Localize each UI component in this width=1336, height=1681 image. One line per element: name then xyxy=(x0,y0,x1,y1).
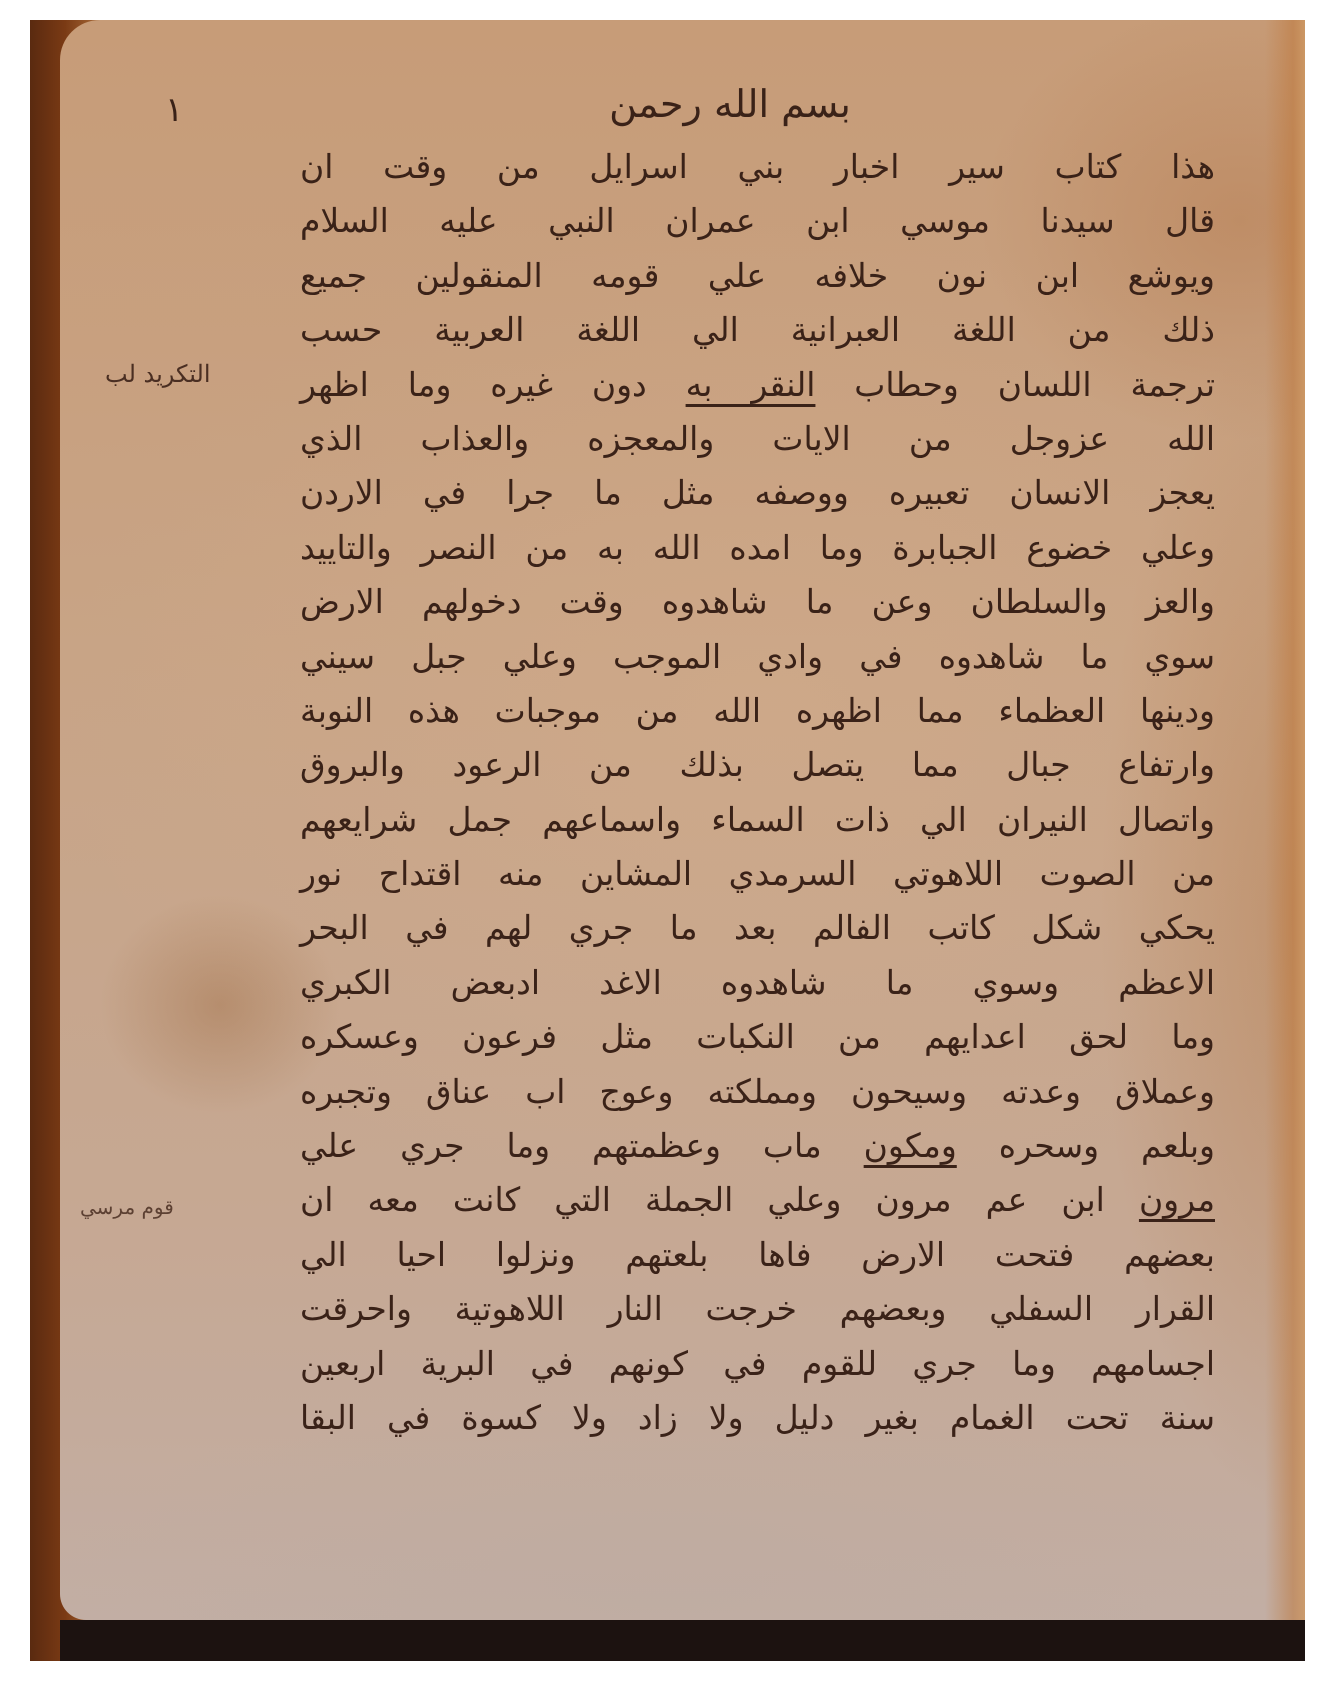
text-line: من الصوت اللاهوتي السرمدي المشاين منه اق… xyxy=(300,847,1215,901)
text-line: مرون ابن عم مرون وعلي الجملة التي كانت م… xyxy=(300,1173,1215,1227)
text-line: واتصال النيران الي ذات السماء واسماعهم ج… xyxy=(300,793,1215,847)
text-line: هذا كتاب سير اخبار بني اسرايل من وقت ان xyxy=(300,140,1215,194)
text-line: وارتفاع جبال مما يتصل بذلك من الرعود وال… xyxy=(300,738,1215,792)
underlined-word: مرون xyxy=(1139,1180,1215,1219)
underlined-word: النقر به xyxy=(686,365,816,404)
manuscript-page: ١ بسم الله رحمن التكريد لب قوم مرسي هذا … xyxy=(60,20,1305,1620)
basmala-heading: بسم الله رحمن xyxy=(580,82,880,126)
text-line: وعلي خضوع الجبابرة وما امده الله به من ا… xyxy=(300,521,1215,575)
text-line: سنة تحت الغمام بغير دليل ولا زاد ولا كسو… xyxy=(300,1391,1215,1445)
margin-note-top: التكريد لب xyxy=(105,360,211,388)
text-line: يعجز الانسان تعبيره ووصفه مثل ما جرا في … xyxy=(300,466,1215,520)
text-line: الله عزوجل من الايات والمعجزه والعذاب ال… xyxy=(300,412,1215,466)
underlined-word: ومكون xyxy=(864,1126,957,1165)
text-line: ترجمة اللسان وحطاب النقر به دون غيره وما… xyxy=(300,358,1215,412)
manuscript-text-body: هذا كتاب سير اخبار بني اسرايل من وقت ان … xyxy=(300,140,1215,1445)
text-line: ذلك من اللغة العبرانية الي اللغة العربية… xyxy=(300,303,1215,357)
text-line: وما لحق اعدايهم من النكبات مثل فرعون وعس… xyxy=(300,1010,1215,1064)
page-bottom-shadow xyxy=(60,1620,1305,1661)
text-line: وبلعم وسحره ومكون ماب وعظمتهم وما جري عل… xyxy=(300,1119,1215,1173)
text-line: والعز والسلطان وعن ما شاهدوه وقت دخولهم … xyxy=(300,575,1215,629)
text-line: اجسامهم وما جري للقوم في كونهم في البرية… xyxy=(300,1337,1215,1391)
page-right-edge-stain xyxy=(1265,20,1305,1620)
text-line: يحكي شكل كاتب الفالم بعد ما جري لهم في ا… xyxy=(300,901,1215,955)
manuscript-photo: ١ بسم الله رحمن التكريد لب قوم مرسي هذا … xyxy=(30,20,1305,1661)
margin-note-bottom: قوم مرسي xyxy=(80,1195,174,1219)
text-line: سوي ما شاهدوه في وادي الموجب وعلي جبل سي… xyxy=(300,630,1215,684)
text-line: وعملاق وعدته وسيحون ومملكته وعوج اب عناق… xyxy=(300,1065,1215,1119)
page-number: ١ xyxy=(165,90,183,130)
text-line: بعضهم فتحت الارض فاها بلعتهم ونزلوا احيا… xyxy=(300,1228,1215,1282)
text-line: قال سيدنا موسي ابن عمران النبي عليه السل… xyxy=(300,194,1215,248)
text-line: ويوشع ابن نون خلافه علي قومه المنقولين ج… xyxy=(300,249,1215,303)
text-line: القرار السفلي وبعضهم خرجت النار اللاهوتي… xyxy=(300,1282,1215,1336)
text-line: ودينها العظماء مما اظهره الله من موجبات … xyxy=(300,684,1215,738)
text-line: الاعظم وسوي ما شاهدوه الاغد ادبعض الكبري xyxy=(300,956,1215,1010)
